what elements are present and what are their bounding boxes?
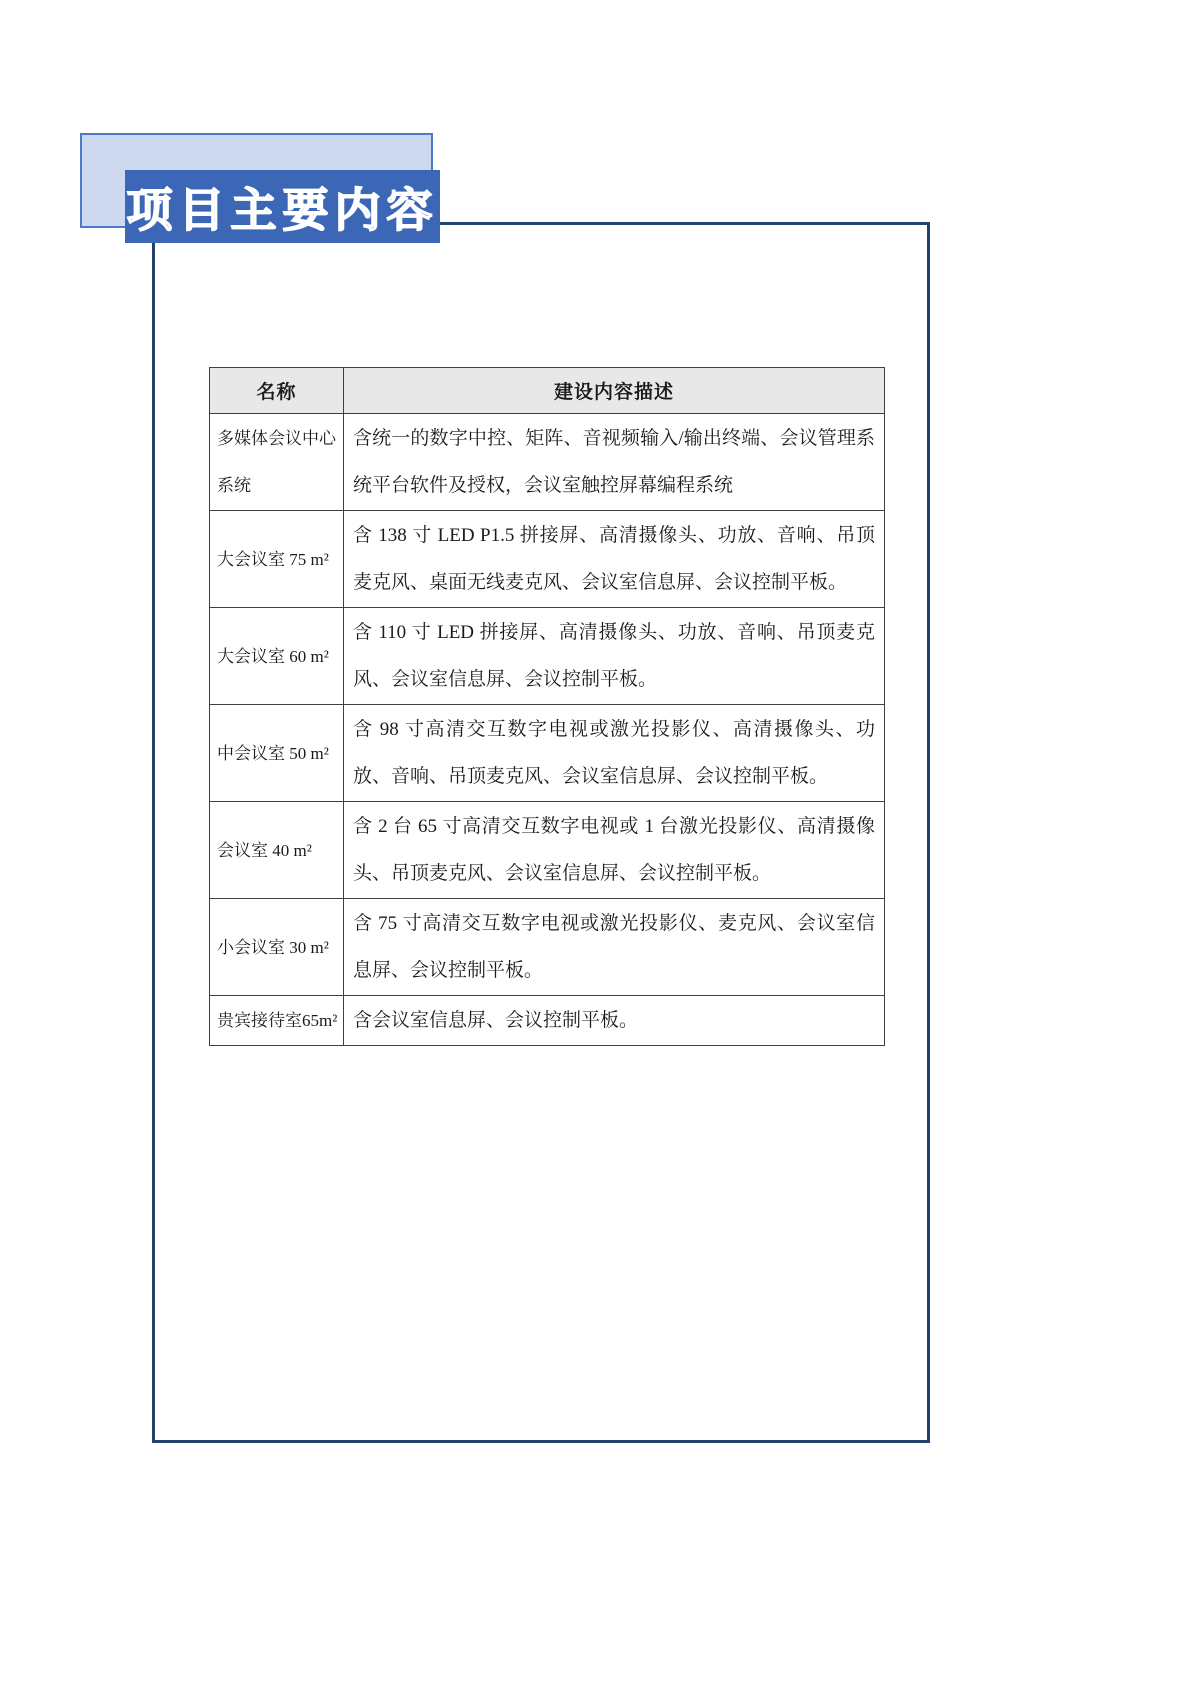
room-name-cell: 大会议室 75 m² <box>210 511 344 608</box>
room-name-cell: 中会议室 50 m² <box>210 705 344 802</box>
room-name-cell: 会议室 40 m² <box>210 802 344 899</box>
room-description-cell: 含 110 寸 LED 拼接屏、高清摄像头、功放、音响、吊顶麦克风、会议室信息屏… <box>344 608 885 705</box>
room-description-cell: 含 75 寸高清交互数字电视或激光投影仪、麦克风、会议室信息屏、会议控制平板。 <box>344 899 885 996</box>
room-name-cell: 大会议室 60 m² <box>210 608 344 705</box>
column-header-name: 名称 <box>210 368 344 414</box>
table-row: 贵宾接待室65m² 含会议室信息屏、会议控制平板。 <box>210 996 885 1046</box>
document-page: 项目主要内容 名称 建设内容描述 多媒体会议中心 系统 含统一的数字中控、矩阵、… <box>0 0 1200 1697</box>
project-content-table: 名称 建设内容描述 多媒体会议中心 系统 含统一的数字中控、矩阵、音视频输入/输… <box>209 367 885 1046</box>
room-description-cell: 含 138 寸 LED P1.5 拼接屏、高清摄像头、功放、音响、吊顶麦克风、桌… <box>344 511 885 608</box>
table-row: 大会议室 60 m² 含 110 寸 LED 拼接屏、高清摄像头、功放、音响、吊… <box>210 608 885 705</box>
room-description-cell: 含 2 台 65 寸高清交互数字电视或 1 台激光投影仪、高清摄像头、吊顶麦克风… <box>344 802 885 899</box>
table-header-row: 名称 建设内容描述 <box>210 368 885 414</box>
section-banner: 项目主要内容 <box>125 170 440 243</box>
section-title: 项目主要内容 <box>127 174 439 240</box>
table-row: 小会议室 30 m² 含 75 寸高清交互数字电视或激光投影仪、麦克风、会议室信… <box>210 899 885 996</box>
room-description-cell: 含统一的数字中控、矩阵、音视频输入/输出终端、会议管理系统平台软件及授权，会议室… <box>344 414 885 511</box>
column-header-description: 建设内容描述 <box>344 368 885 414</box>
table-row: 中会议室 50 m² 含 98 寸高清交互数字电视或激光投影仪、高清摄像头、功放… <box>210 705 885 802</box>
table-body: 多媒体会议中心 系统 含统一的数字中控、矩阵、音视频输入/输出终端、会议管理系统… <box>210 414 885 1046</box>
room-description-cell: 含 98 寸高清交互数字电视或激光投影仪、高清摄像头、功放、音响、吊顶麦克风、会… <box>344 705 885 802</box>
room-name-cell: 小会议室 30 m² <box>210 899 344 996</box>
room-description-cell: 含会议室信息屏、会议控制平板。 <box>344 996 885 1046</box>
room-name-cell: 多媒体会议中心 系统 <box>210 414 344 511</box>
table-row: 多媒体会议中心 系统 含统一的数字中控、矩阵、音视频输入/输出终端、会议管理系统… <box>210 414 885 511</box>
table-row: 会议室 40 m² 含 2 台 65 寸高清交互数字电视或 1 台激光投影仪、高… <box>210 802 885 899</box>
room-name-cell: 贵宾接待室65m² <box>210 996 344 1046</box>
table-row: 大会议室 75 m² 含 138 寸 LED P1.5 拼接屏、高清摄像头、功放… <box>210 511 885 608</box>
